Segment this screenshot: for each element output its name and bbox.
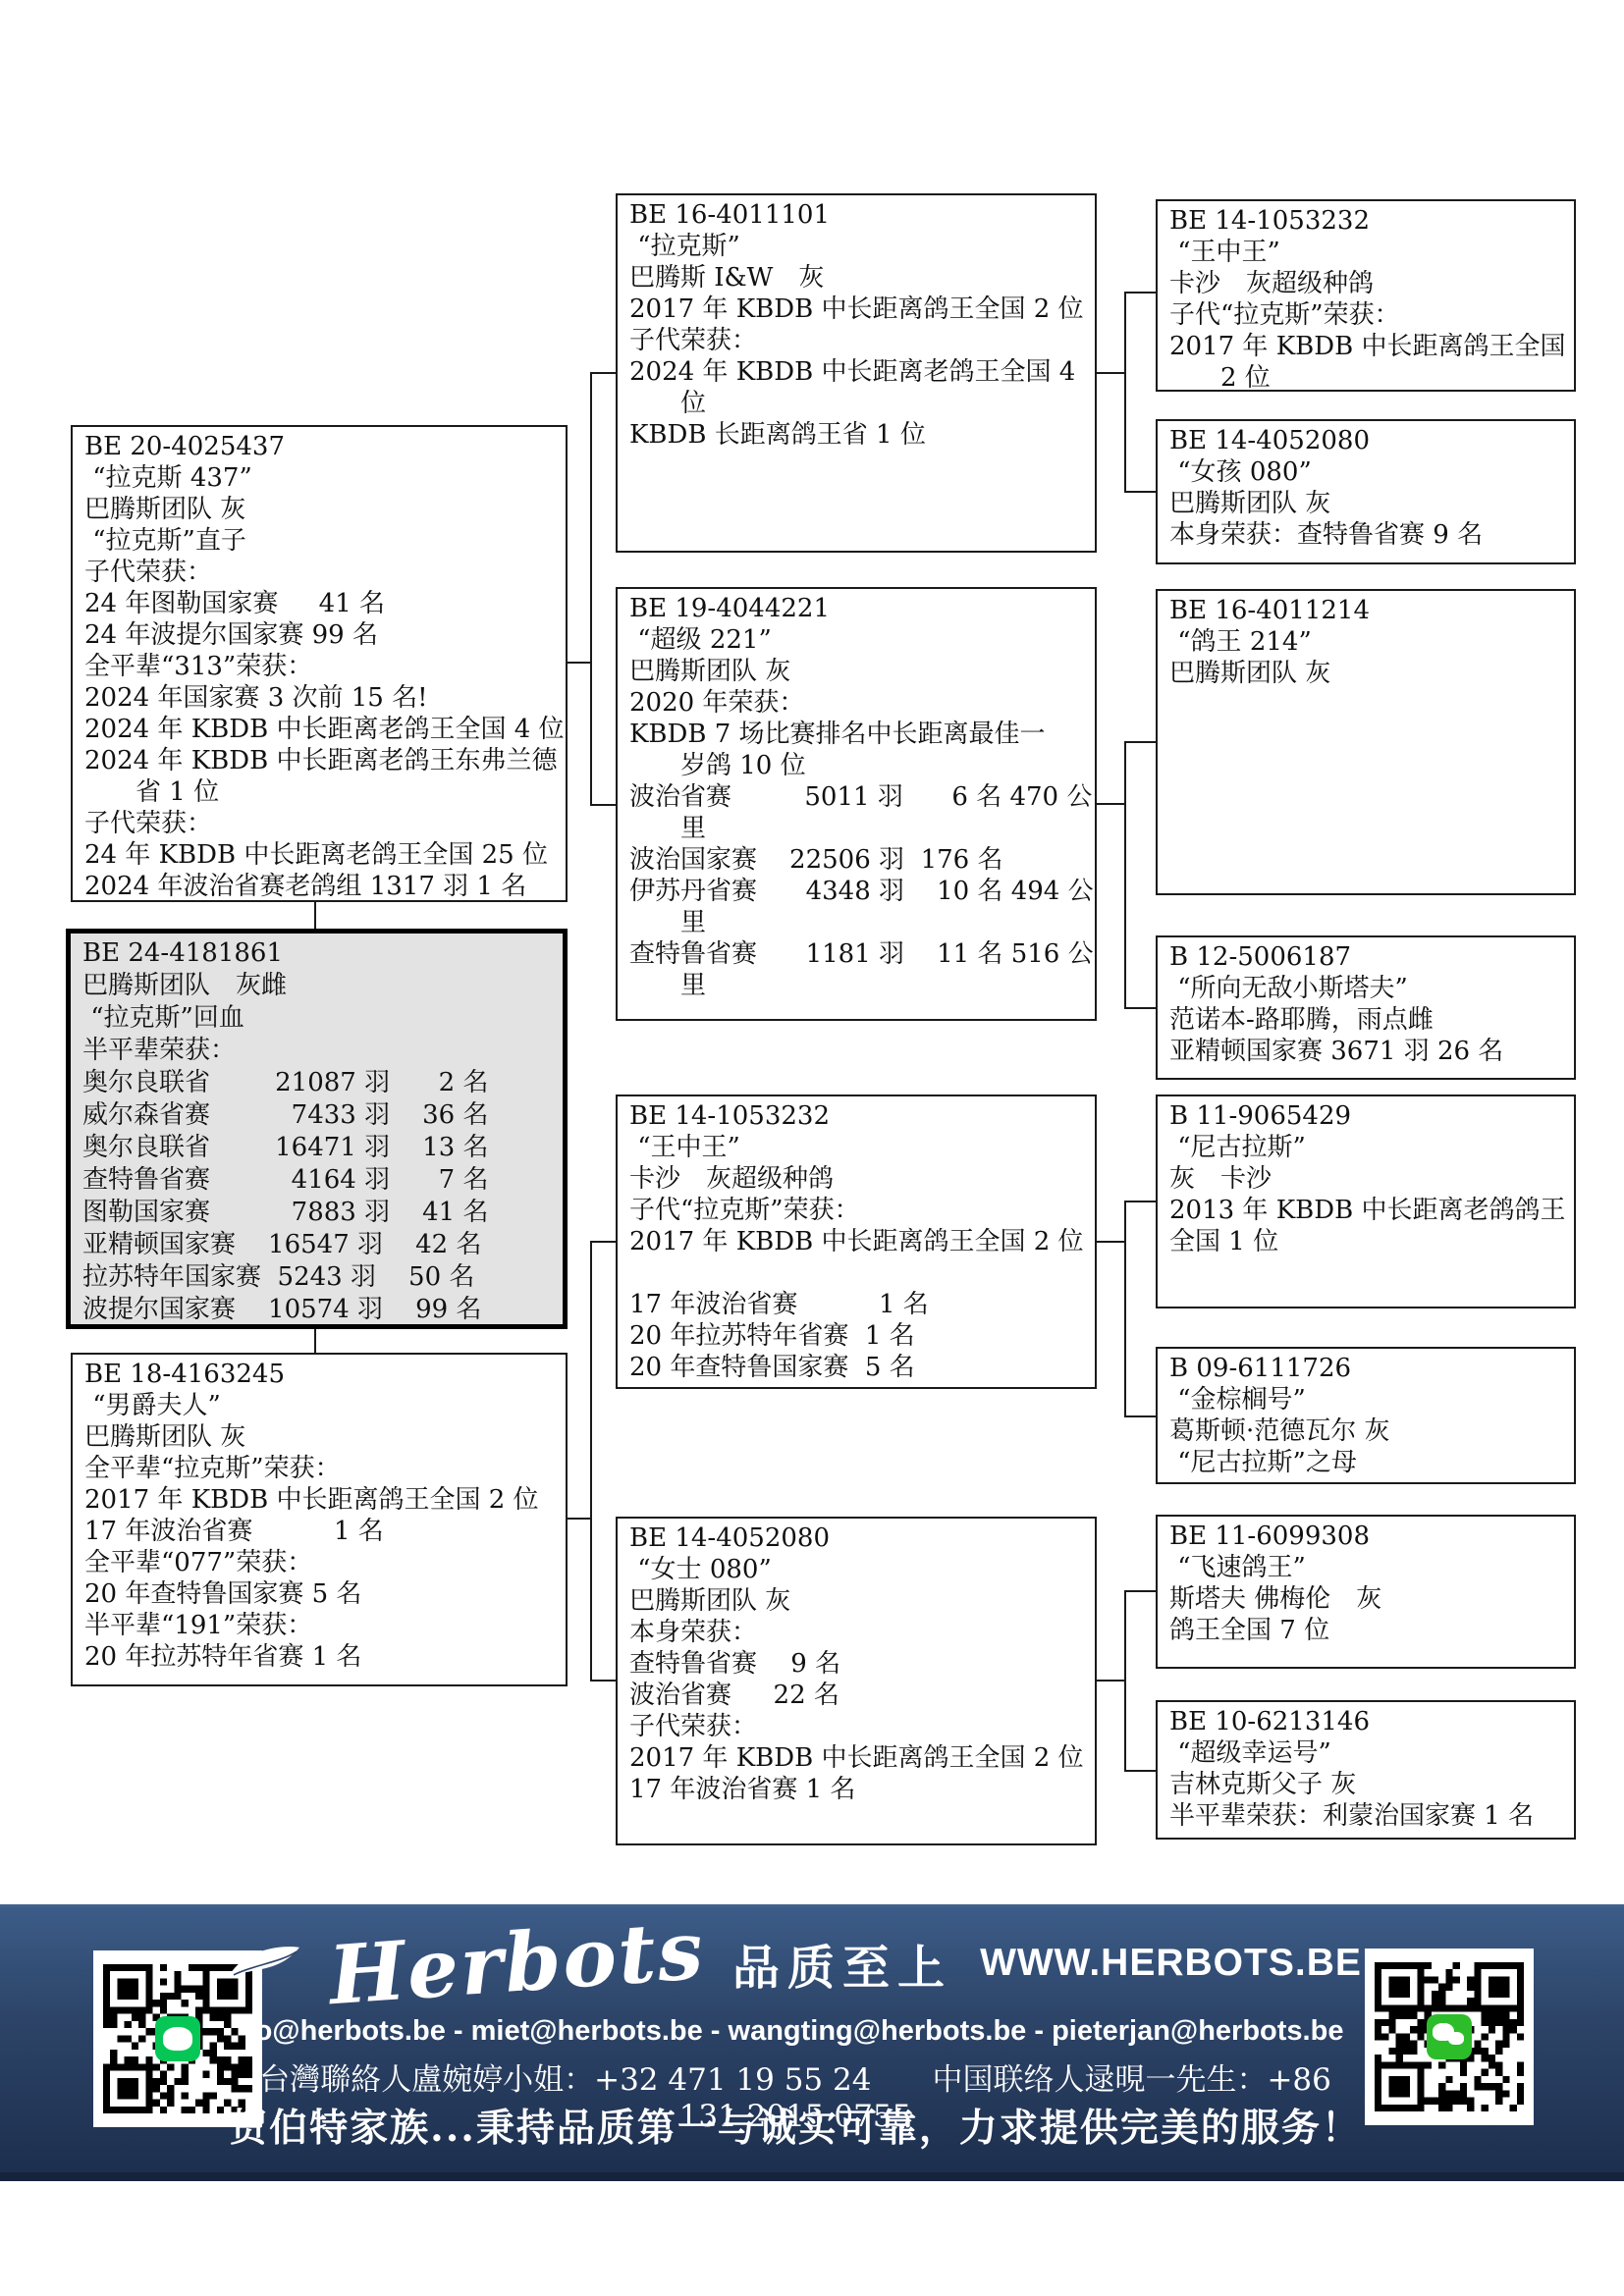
pedigree-text-line: “超级 221” bbox=[629, 624, 1089, 656]
pedigree-box-subject: BE 24-4181861巴腾斯团队 灰雌 “拉克斯”回血半平辈荣获：奥尔良联省… bbox=[66, 929, 568, 1329]
pedigree-text-line: 巴腾斯团队 灰 bbox=[84, 494, 560, 525]
pedigree-text-line: “尼古拉斯”之母 bbox=[1169, 1447, 1568, 1478]
pedigree-text-line: 2013 年 KBDB 中长距离老鸽鸽王 bbox=[1169, 1195, 1568, 1226]
connector-line bbox=[590, 1680, 616, 1682]
pedigree-text-line: 24 年波提尔国家赛 99 名 bbox=[84, 619, 560, 651]
connector-line bbox=[1124, 1590, 1156, 1592]
pedigree-box-ggp7: BE 11-6099308 “飞速鸽王”斯塔夫 佛梅伦 灰鸽王全国 7 位 bbox=[1156, 1515, 1576, 1669]
pedigree-box-maternal-grandsire: BE 14-1053232 “王中王”卡沙 灰超级种鸽子代“拉克斯”荣获：201… bbox=[616, 1095, 1097, 1389]
pedigree-text-line: 亚精顿国家赛 16547 羽 42 名 bbox=[82, 1229, 557, 1261]
connector-line bbox=[1097, 372, 1126, 374]
connector-line bbox=[1124, 741, 1156, 743]
footer-banner: Herbots 品质至上 WWW.HERBOTS.BE jo@herbots.b… bbox=[0, 1904, 1624, 2181]
pedigree-text-line: 2 位 bbox=[1169, 362, 1568, 392]
pedigree-text-line: “鸽王 214” bbox=[1169, 626, 1568, 658]
connector-line bbox=[1124, 1201, 1156, 1202]
pedigree-text-line: 2017 年 KBDB 中长距离鸽王全国 2 位 bbox=[84, 1484, 560, 1516]
connector-line bbox=[1124, 741, 1126, 1009]
pedigree-text-line: 本身荣获： bbox=[629, 1617, 1089, 1648]
pedigree-text-line: “女士 080” bbox=[629, 1554, 1089, 1585]
pedigree-text-line: 拉苏特年国家赛 5243 羽 50 名 bbox=[82, 1261, 557, 1294]
pedigree-text-line: “拉克斯” bbox=[629, 231, 1089, 262]
pedigree-text-line: B 12-5006187 bbox=[1169, 941, 1568, 973]
pedigree-text-line: 全平辈“077”荣获： bbox=[84, 1547, 560, 1578]
feather-icon bbox=[226, 1933, 305, 1994]
pedigree-text-line: 巴腾斯团队 灰 bbox=[629, 1585, 1089, 1617]
pedigree-text-line: 半平辈荣获：利蒙治国家赛 1 名 bbox=[1169, 1800, 1568, 1832]
connector-line bbox=[314, 902, 316, 929]
pedigree-text-line: 查特鲁省赛 9 名 bbox=[629, 1648, 1089, 1680]
pedigree-text-line: 斯塔夫 佛梅伦 灰 bbox=[1169, 1583, 1568, 1615]
pedigree-text-line: 半平辈荣获： bbox=[82, 1035, 557, 1067]
pedigree-text-line: 20 年查特鲁国家赛 5 名 bbox=[629, 1352, 1089, 1383]
pedigree-text-line: 吉林克斯父子 灰 bbox=[1169, 1769, 1568, 1800]
pedigree-text-line: “王中王” bbox=[629, 1132, 1089, 1163]
connector-line bbox=[1124, 1770, 1156, 1772]
pedigree-box-ggp5: B 11-9065429 “尼古拉斯”灰 卡沙2013 年 KBDB 中长距离老… bbox=[1156, 1095, 1576, 1308]
connector-line bbox=[590, 372, 616, 374]
pedigree-text-line: 巴腾斯团队 灰 bbox=[1169, 658, 1568, 689]
pedigree-text-line: 全平辈“拉克斯”荣获： bbox=[84, 1453, 560, 1484]
pedigree-text-line: 巴腾斯 I&W 灰 bbox=[629, 262, 1089, 294]
pedigree-text-line: 查特鲁省赛 1181 羽 11 名 516 公 bbox=[629, 938, 1089, 970]
quality-tagline: 品质至上 bbox=[732, 1930, 952, 1998]
pedigree-text-line: 2020 年荣获： bbox=[629, 687, 1089, 719]
connector-line bbox=[1097, 1241, 1126, 1243]
pedigree-text-line: KBDB 7 场比赛排名中长距离最佳一 bbox=[629, 719, 1089, 750]
pedigree-text-line: 2024 年波治省赛老鸽组 1317 羽 1 名 bbox=[84, 871, 560, 902]
pedigree-text-line: B 11-9065429 bbox=[1169, 1100, 1568, 1132]
pedigree-text-line: BE 16-4011101 bbox=[629, 199, 1089, 231]
pedigree-text-line: “拉克斯 437” bbox=[84, 462, 560, 494]
pedigree-text-line: 20 年查特鲁国家赛 5 名 bbox=[84, 1578, 560, 1610]
pedigree-text-line: 卡沙 灰超级种鸽 bbox=[629, 1163, 1089, 1195]
pedigree-text-line: 2017 年 KBDB 中长距离鸽王全国 2 位 bbox=[629, 1226, 1089, 1257]
pedigree-text-line: “王中王” bbox=[1169, 237, 1568, 268]
pedigree-text-line: 卡沙 灰超级种鸽 bbox=[1169, 268, 1568, 299]
pedigree-text-line: BE 20-4025437 bbox=[84, 431, 560, 462]
connector-line bbox=[590, 1241, 616, 1243]
pedigree-text-line: 波治国家赛 22506 羽 176 名 bbox=[629, 844, 1089, 876]
connector-line bbox=[568, 1518, 592, 1520]
pedigree-text-line: BE 18-4163245 bbox=[84, 1359, 560, 1390]
pedigree-text-line: BE 19-4044221 bbox=[629, 593, 1089, 624]
pedigree-text-line: 波治省赛 5011 羽 6 名 470 公 bbox=[629, 781, 1089, 813]
pedigree-text-line: 巴腾斯团队 灰 bbox=[1169, 488, 1568, 519]
pedigree-text-line: 鸽王全国 7 位 bbox=[1169, 1615, 1568, 1646]
pedigree-text-line: 伊苏丹省赛 4348 羽 10 名 494 公 bbox=[629, 876, 1089, 907]
pedigree-text-line: 2017 年 KBDB 中长距离鸽王全国 bbox=[1169, 331, 1568, 362]
pedigree-box-ggp8: BE 10-6213146 “超级幸运号”吉林克斯父子 灰半平辈荣获：利蒙治国家… bbox=[1156, 1700, 1576, 1840]
pedigree-text-line: 亚精顿国家赛 3671 羽 26 名 bbox=[1169, 1036, 1568, 1067]
pedigree-text-line: B 09-6111726 bbox=[1169, 1353, 1568, 1384]
pedigree-text-line: 2024 年 KBDB 中长距离老鸽王东弗兰德 bbox=[84, 745, 560, 776]
pedigree-text-line: 子代“拉克斯”荣获： bbox=[629, 1195, 1089, 1226]
pedigree-text-line: 巴腾斯团队 灰雌 bbox=[82, 970, 557, 1002]
pedigree-text-line: “女孩 080” bbox=[1169, 456, 1568, 488]
pedigree-text-line: “拉克斯”直子 bbox=[84, 525, 560, 557]
website-url: WWW.HERBOTS.BE bbox=[980, 1942, 1362, 1985]
connector-line bbox=[568, 662, 592, 664]
wechat-icon bbox=[1427, 2014, 1472, 2059]
pedigree-text-line: BE 14-1053232 bbox=[629, 1100, 1089, 1132]
pedigree-text-line: 17 年波治省赛 1 名 bbox=[629, 1289, 1089, 1320]
pedigree-text-line: 2017 年 KBDB 中长距离鸽王全国 2 位 bbox=[629, 1742, 1089, 1774]
pedigree-text-line: 奥尔良联省 21087 羽 2 名 bbox=[82, 1067, 557, 1099]
connector-line bbox=[1124, 292, 1156, 294]
brand-row: Herbots 品质至上 WWW.HERBOTS.BE bbox=[226, 1923, 1365, 2003]
pedigree-box-dam: BE 18-4163245 “男爵夫人”巴腾斯团队 灰全平辈“拉克斯”荣获：20… bbox=[71, 1353, 568, 1686]
connector-line bbox=[1124, 1590, 1126, 1772]
pedigree-box-ggp6: B 09-6111726 “金棕榈号”葛斯顿·范德瓦尔 灰 “尼古拉斯”之母 bbox=[1156, 1347, 1576, 1484]
pedigree-text-line: 灰 卡沙 bbox=[1169, 1163, 1568, 1195]
pedigree-text-line: 奥尔良联省 16471 羽 13 名 bbox=[82, 1132, 557, 1164]
email-addresses: jo@herbots.be - miet@herbots.be - wangti… bbox=[226, 2015, 1365, 2048]
herbots-logo: Herbots bbox=[327, 1910, 708, 2017]
pedigree-text-line: BE 14-4052080 bbox=[629, 1522, 1089, 1554]
pedigree-text-line: 子代荣获： bbox=[629, 1711, 1089, 1742]
connector-line bbox=[1097, 1680, 1126, 1682]
connector-line bbox=[1124, 1201, 1126, 1417]
pedigree-text-line: 省 1 位 bbox=[84, 776, 560, 808]
pedigree-text-line: “金棕榈号” bbox=[1169, 1384, 1568, 1415]
pedigree-text-line: 子代荣获： bbox=[629, 325, 1089, 356]
pedigree-text-line: 岁鸽 10 位 bbox=[629, 750, 1089, 781]
pedigree-text-line: BE 10-6213146 bbox=[1169, 1706, 1568, 1737]
pedigree-text-line: BE 14-4052080 bbox=[1169, 425, 1568, 456]
connector-line bbox=[314, 1329, 316, 1353]
pedigree-text-line: 24 年图勒国家赛 41 名 bbox=[84, 588, 560, 619]
pedigree-box-paternal-granddam: BE 19-4044221 “超级 221”巴腾斯团队 灰2020 年荣获：KB… bbox=[616, 587, 1097, 1021]
pedigree-text-line: BE 16-4011214 bbox=[1169, 595, 1568, 626]
pedigree-text-line: “所向无敌小斯塔夫” bbox=[1169, 973, 1568, 1004]
pedigree-text-line: 全国 1 位 bbox=[1169, 1226, 1568, 1257]
connector-line bbox=[590, 804, 616, 806]
pedigree-text-line: 威尔森省赛 7433 羽 36 名 bbox=[82, 1099, 557, 1132]
connector-line bbox=[1124, 1007, 1156, 1009]
pedigree-box-sire: BE 20-4025437 “拉克斯 437”巴腾斯团队 灰 “拉克斯”直子子代… bbox=[71, 425, 568, 902]
pedigree-text-line: “超级幸运号” bbox=[1169, 1737, 1568, 1769]
pedigree-box-paternal-grandsire: BE 16-4011101 “拉克斯”巴腾斯 I&W 灰2017 年 KBDB … bbox=[616, 193, 1097, 553]
pedigree-box-ggp1: BE 14-1053232 “王中王”卡沙 灰超级种鸽子代“拉克斯”荣获：201… bbox=[1156, 199, 1576, 392]
pedigree-text-line: 本身荣获：查特鲁省赛 9 名 bbox=[1169, 519, 1568, 551]
pedigree-text-line: 里 bbox=[629, 970, 1089, 1001]
pedigree-text-line: 2024 年 KBDB 中长距离老鸽王全国 4 位 bbox=[84, 714, 560, 745]
line-bubble-icon bbox=[163, 2027, 192, 2051]
pedigree-text-line: 2017 年 KBDB 中长距离鸽王全国 2 位 bbox=[629, 294, 1089, 325]
pedigree-text-line: BE 24-4181861 bbox=[82, 937, 557, 970]
pedigree-text-line: “飞速鸽王” bbox=[1169, 1552, 1568, 1583]
connector-line bbox=[1124, 292, 1126, 493]
wechat-bubble-icon bbox=[1448, 2032, 1464, 2045]
pedigree-text-line: 范诺本-路耶腾，雨点雌 bbox=[1169, 1004, 1568, 1036]
pedigree-box-ggp4: B 12-5006187 “所向无敌小斯塔夫”范诺本-路耶腾，雨点雌亚精顿国家赛… bbox=[1156, 935, 1576, 1080]
pedigree-text-line: 24 年 KBDB 中长距离老鸽王全国 25 位 bbox=[84, 839, 560, 871]
pedigree-text-line: 2024 年 KBDB 中长距离老鸽王全国 4 bbox=[629, 356, 1089, 388]
pedigree-text-line: 半平辈“191”荣获： bbox=[84, 1610, 560, 1641]
connector-line bbox=[590, 1241, 592, 1682]
pedigree-text-line: BE 11-6099308 bbox=[1169, 1521, 1568, 1552]
pedigree-box-ggp2: BE 14-4052080 “女孩 080”巴腾斯团队 灰本身荣获：查特鲁省赛 … bbox=[1156, 419, 1576, 564]
pedigree-text-line: 子代“拉克斯”荣获： bbox=[1169, 299, 1568, 331]
pedigree-text-line: KBDB 长距离鸽王省 1 位 bbox=[629, 419, 1089, 451]
pedigree-text-line: 葛斯顿·范德瓦尔 灰 bbox=[1169, 1415, 1568, 1447]
pedigree-text-line: 子代荣获： bbox=[84, 557, 560, 588]
pedigree-text-line: “拉克斯”回血 bbox=[82, 1002, 557, 1035]
pedigree-text-line: 20 年拉苏特年省赛 1 名 bbox=[84, 1641, 560, 1673]
line-icon bbox=[155, 2016, 200, 2061]
pedigree-text-line: 17 年波治省赛 1 名 bbox=[84, 1516, 560, 1547]
wechat-qr-code bbox=[1365, 1949, 1534, 2125]
pedigree-text-line: 图勒国家赛 7883 羽 41 名 bbox=[82, 1197, 557, 1229]
pedigree-text-line: 2024 年国家赛 3 次前 15 名! bbox=[84, 682, 560, 714]
pedigree-box-maternal-granddam: BE 14-4052080 “女士 080”巴腾斯团队 灰本身荣获：查特鲁省赛 … bbox=[616, 1517, 1097, 1845]
pedigree-text-line: “男爵夫人” bbox=[84, 1390, 560, 1421]
pedigree-text-line: 全平辈“313”荣获： bbox=[84, 651, 560, 682]
pedigree-text-line: 里 bbox=[629, 813, 1089, 844]
pedigree-text-line: 巴腾斯团队 灰 bbox=[84, 1421, 560, 1453]
pedigree-text-line bbox=[629, 1257, 1089, 1289]
connector-line bbox=[1124, 1415, 1156, 1417]
pedigree-text-line: 波提尔国家赛 10574 羽 99 名 bbox=[82, 1294, 557, 1326]
footer-slogan: 贺伯特家族...秉持品质第一与诚实可靠，力求提供完美的服务！ bbox=[226, 2098, 1365, 2153]
pedigree-text-line: “尼古拉斯” bbox=[1169, 1132, 1568, 1163]
pedigree-text-line: BE 14-1053232 bbox=[1169, 205, 1568, 237]
pedigree-text-line: 里 bbox=[629, 907, 1089, 938]
pedigree-page: BE 20-4025437 “拉克斯 437”巴腾斯团队 灰 “拉克斯”直子子代… bbox=[0, 0, 1624, 2296]
pedigree-text-line: 20 年拉苏特年省赛 1 名 bbox=[629, 1320, 1089, 1352]
connector-line bbox=[1124, 491, 1156, 493]
connector-line bbox=[1097, 803, 1126, 805]
connector-line bbox=[590, 372, 592, 806]
pedigree-text-line: 巴腾斯团队 灰 bbox=[629, 656, 1089, 687]
pedigree-text-line: 17 年波治省赛 1 名 bbox=[629, 1774, 1089, 1805]
pedigree-text-line: 查特鲁省赛 4164 羽 7 名 bbox=[82, 1164, 557, 1197]
pedigree-box-ggp3: BE 16-4011214 “鸽王 214”巴腾斯团队 灰 bbox=[1156, 589, 1576, 895]
pedigree-text-line: 子代荣获： bbox=[84, 808, 560, 839]
pedigree-text-line: 波治省赛 22 名 bbox=[629, 1680, 1089, 1711]
pedigree-text-line: 位 bbox=[629, 388, 1089, 419]
